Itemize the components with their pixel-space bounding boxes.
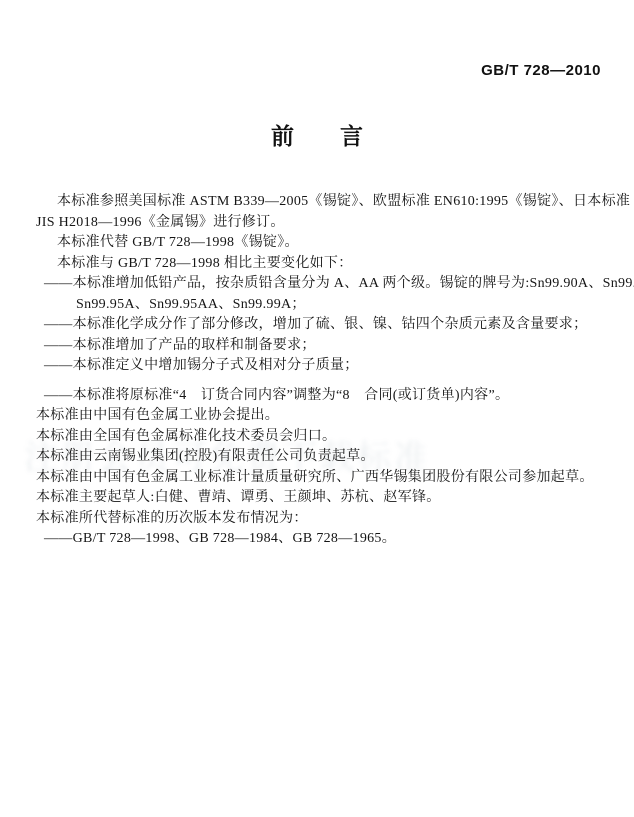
- text-line: ——本标准增加低铅产品，按杂质铅含量分为 A、AA 两个级。锡锭的牌号为:Sn9…: [36, 274, 606, 295]
- text-line: ——GB/T 728—1998、GB 728—1984、GB 728—1965。: [36, 529, 606, 550]
- text-line: ——本标准化学成分作了部分修改，增加了硫、银、镍、钴四个杂质元素及含量要求；: [36, 315, 606, 336]
- text-line: 本标准由中国有色金属工业标准计量质量研究所、广西华锡集团股份有限公司参加起草。: [36, 468, 606, 489]
- text-line: 本标准参照美国标准 ASTM B339—2005《锡锭》、欧盟标准 EN610:…: [36, 192, 606, 213]
- text-line: 本标准由中国有色金属工业协会提出。: [36, 406, 606, 427]
- document-page: 注册会员可免费下载标准 GB/T 728—2010 前言 本标准参照美国标准 A…: [0, 0, 634, 817]
- foreword-body: 本标准参照美国标准 ASTM B339—2005《锡锭》、欧盟标准 EN610:…: [36, 192, 606, 550]
- text-line: 本标准代替 GB/T 728—1998《锡锭》。: [36, 233, 606, 254]
- text-line: ——本标准增加了产品的取样和制备要求；: [36, 336, 606, 357]
- text-line: Sn99.95A、Sn99.95AA、Sn99.99A；: [36, 295, 606, 316]
- text-line: JIS H2018—1996《金属锡》进行修订。: [36, 213, 606, 234]
- foreword-title: 前言: [0, 118, 634, 151]
- text-line: 本标准主要起草人:白健、曹靖、谭勇、王颜坤、苏杭、赵军锋。: [36, 488, 606, 509]
- text-line: ——本标准定义中增加锡分子式及相对分子质量；: [36, 356, 606, 377]
- text-line: 本标准由云南锡业集团(控股)有限责任公司负责起草。: [36, 447, 606, 468]
- text-line: 本标准由全国有色金属标准化技术委员会归口。: [36, 427, 606, 448]
- text-line: 本标准所代替标准的历次版本发布情况为：: [36, 509, 606, 530]
- standard-number: GB/T 728—2010: [481, 62, 601, 79]
- text-line: ——本标准将原标准“4 订货合同内容”调整为“8 合同(或订货单)内容”。: [36, 386, 606, 407]
- foreword-title-text: 前言: [271, 123, 409, 149]
- text-line: 本标准与 GB/T 728—1998 相比主要变化如下：: [36, 254, 606, 275]
